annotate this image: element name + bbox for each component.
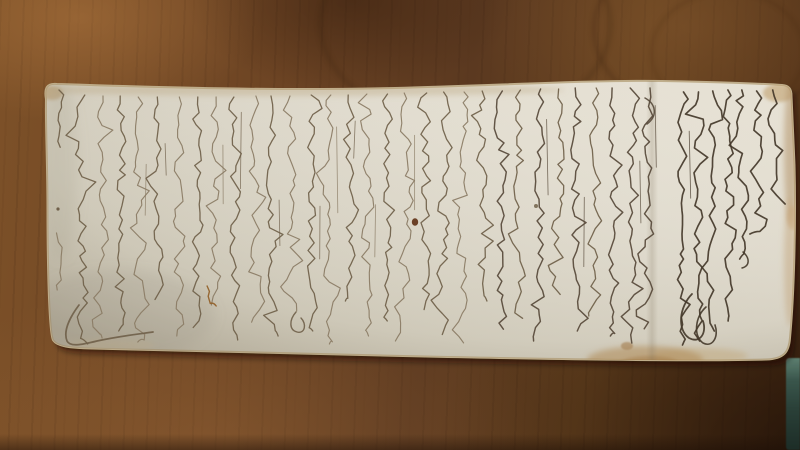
- photo-scene: [0, 0, 800, 450]
- manuscript-page-photo: [0, 0, 800, 450]
